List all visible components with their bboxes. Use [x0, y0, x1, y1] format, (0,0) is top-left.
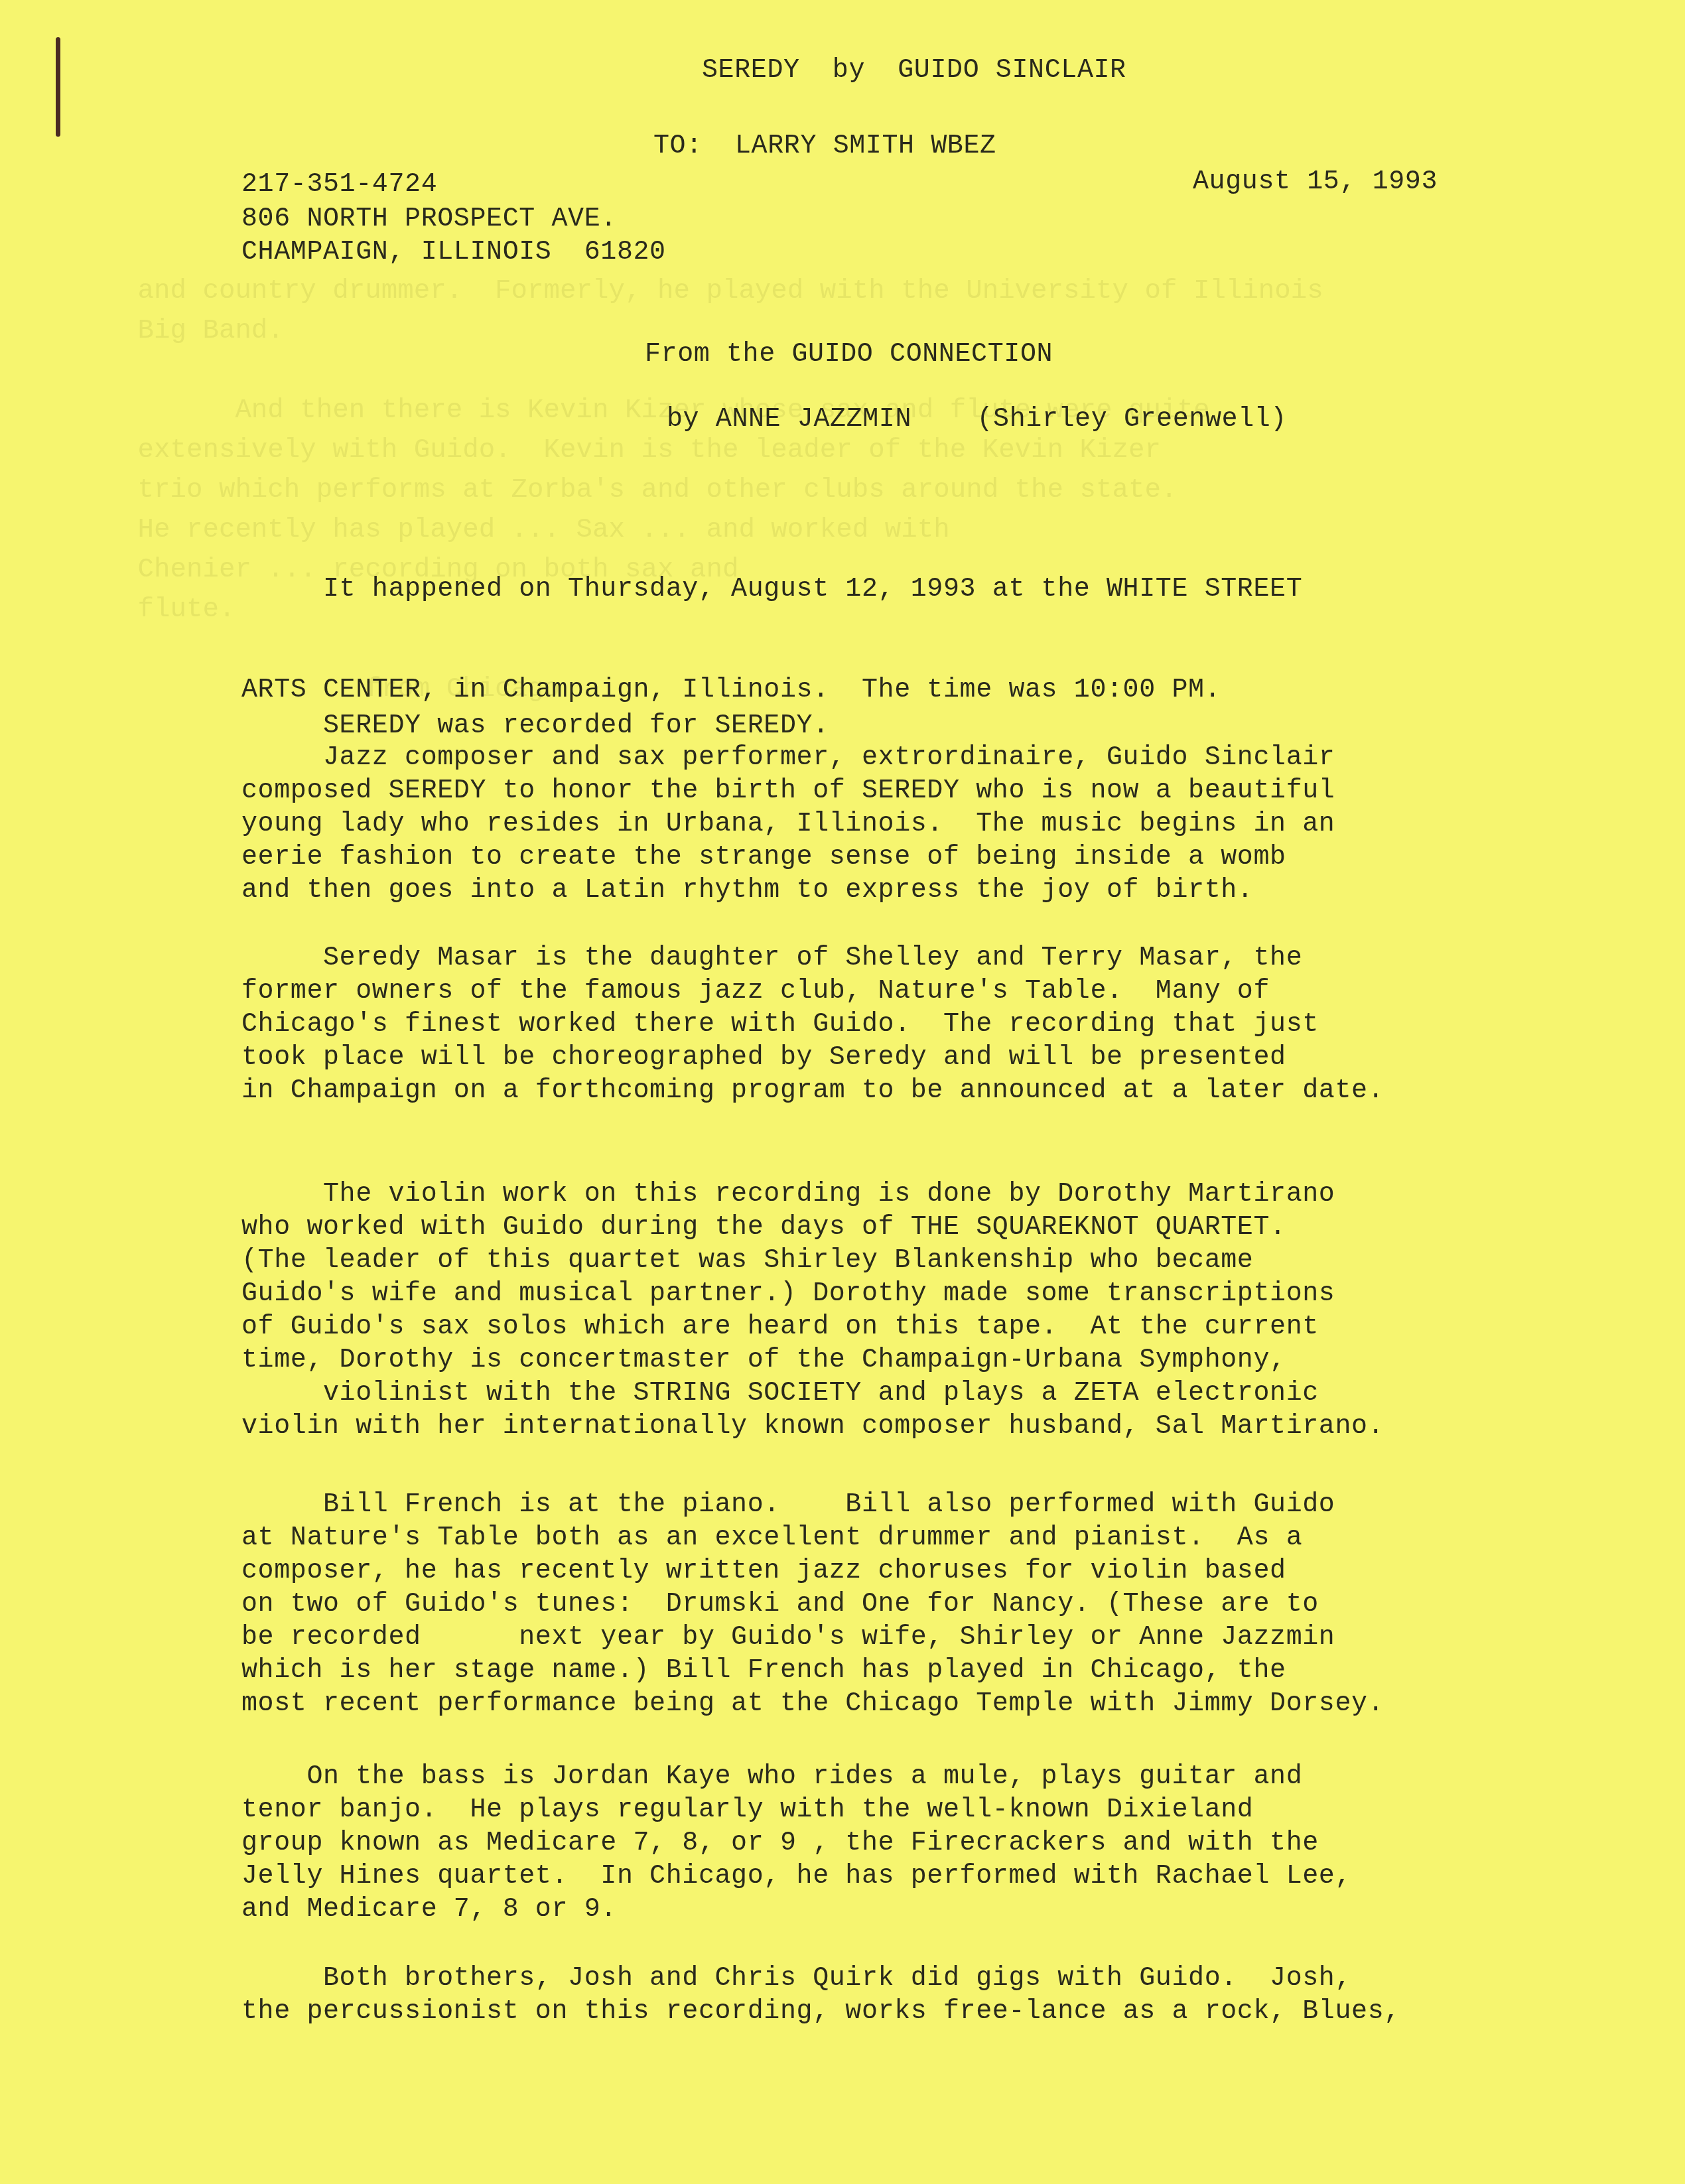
text-line: Bill French is at the piano. Bill also p…: [241, 1489, 1384, 1522]
text-line: former owners of the famous jazz club, N…: [241, 975, 1384, 1008]
text-line: eerie fashion to create the strange sens…: [241, 841, 1335, 874]
text-line: which is her stage name.) Bill French ha…: [241, 1655, 1384, 1688]
text-line: tenor banjo. He plays regularly with the…: [241, 1794, 1351, 1827]
recipient: TO: LARRY SMITH WBEZ: [653, 130, 996, 163]
text-line: Chicago's finest worked there with Guido…: [241, 1008, 1384, 1042]
paragraph-seredy-masar: Seredy Masar is the daughter of Shelley …: [241, 942, 1384, 1108]
paragraph-composition: Jazz composer and sax performer, extrord…: [241, 742, 1335, 908]
paragraph-bass: On the bass is Jordan Kaye who rides a m…: [241, 1761, 1351, 1927]
text-line: composer, he has recently written jazz c…: [241, 1555, 1384, 1588]
document-date: August 15, 1993: [1193, 166, 1438, 199]
text-line: Jazz composer and sax performer, extrord…: [241, 742, 1335, 775]
text-line: and Medicare 7, 8 or 9.: [241, 1893, 1351, 1927]
document-page: and country drummer. Formerly, he played…: [0, 0, 1685, 2184]
byline: by ANNE JAZZMIN (Shirley Greenwell): [667, 403, 1287, 437]
text-line: Seredy Masar is the daughter of Shelley …: [241, 942, 1384, 975]
text-line: It happened on Thursday, August 12, 1993…: [241, 573, 1302, 606]
text-line: group known as Medicare 7, 8, or 9 , the…: [241, 1827, 1351, 1860]
show-through-line: extensively with Guido. Kevin is the lea…: [137, 431, 1323, 471]
paragraph-percussion: Both brothers, Josh and Chris Quirk did …: [241, 1962, 1400, 2029]
text-line: most recent performance being at the Chi…: [241, 1688, 1384, 1721]
text-line: be recorded next year by Guido's wife, S…: [241, 1621, 1384, 1655]
show-through-line: trio which performs at Zorba's and other…: [137, 471, 1323, 511]
text-line: Guido's wife and musical partner.) Dorot…: [241, 1278, 1384, 1311]
document-title: SEREDY by GUIDO SINCLAIR: [702, 54, 1126, 88]
binder-mark: [56, 37, 60, 137]
text-line: Jelly Hines quartet. In Chicago, he has …: [241, 1860, 1351, 1893]
text-line: took place will be choreographed by Sere…: [241, 1042, 1384, 1075]
text-line: and then goes into a Latin rhythm to exp…: [241, 874, 1335, 908]
text-line: who worked with Guido during the days of…: [241, 1211, 1384, 1245]
address-line-2: CHAMPAIGN, ILLINOIS 61820: [241, 236, 666, 269]
text-line: Both brothers, Josh and Chris Quirk did …: [241, 1962, 1400, 1996]
show-through-line: and country drummer. Formerly, he played…: [137, 272, 1323, 312]
text-line: on two of Guido's tunes: Drumski and One…: [241, 1588, 1384, 1621]
text-line: in Champaign on a forthcoming program to…: [241, 1075, 1384, 1108]
source-heading: From the GUIDO CONNECTION: [645, 338, 1053, 372]
text-line: time, Dorothy is concertmaster of the Ch…: [241, 1344, 1384, 1377]
phone-number: 217-351-4724: [241, 169, 437, 202]
address-line-1: 806 NORTH PROSPECT AVE.: [241, 203, 617, 236]
text-line: SEREDY was recorded for SEREDY.: [241, 710, 829, 743]
text-line: violin with her internationally known co…: [241, 1410, 1384, 1444]
text-line: of Guido's sax solos which are heard on …: [241, 1311, 1384, 1344]
text-line: young lady who resides in Urbana, Illino…: [241, 808, 1335, 841]
text-line: at Nature's Table both as an excellent d…: [241, 1522, 1384, 1555]
paragraph-violin: The violin work on this recording is don…: [241, 1178, 1384, 1444]
text-line: composed SEREDY to honor the birth of SE…: [241, 775, 1335, 808]
text-line: the percussionist on this recording, wor…: [241, 1996, 1400, 2029]
paragraph-piano: Bill French is at the piano. Bill also p…: [241, 1489, 1384, 1721]
text-line: (The leader of this quartet was Shirley …: [241, 1245, 1384, 1278]
text-line: The violin work on this recording is don…: [241, 1178, 1384, 1211]
text-line: violinist with the STRING SOCIETY and pl…: [241, 1377, 1384, 1410]
text-line: On the bass is Jordan Kaye who rides a m…: [241, 1761, 1351, 1794]
